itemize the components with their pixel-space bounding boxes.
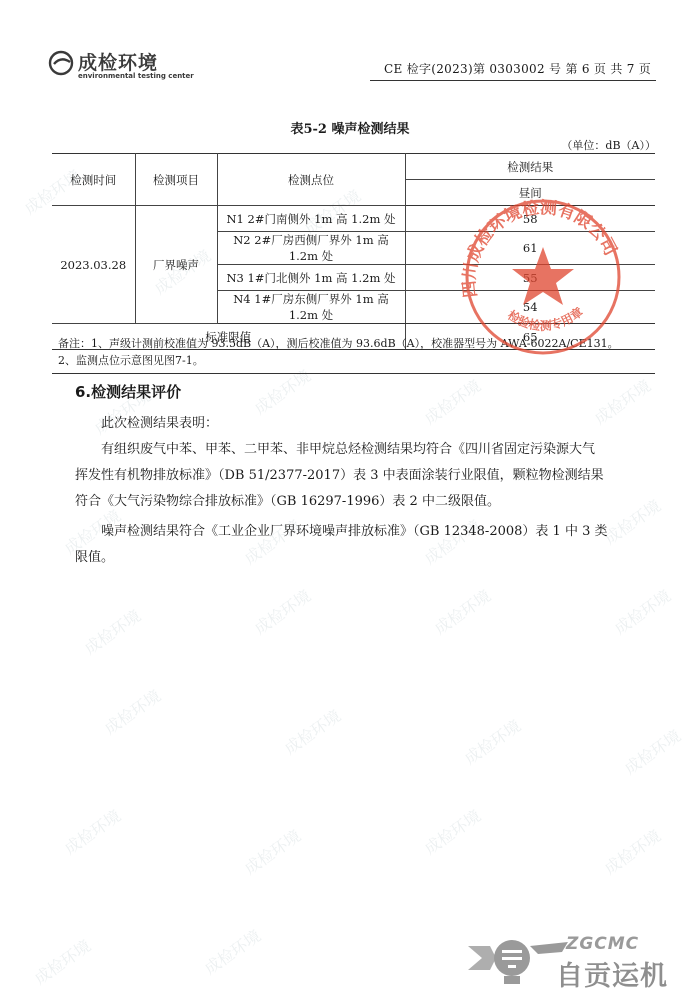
logo-text-cn: 成检环境 <box>78 48 158 75</box>
company-logo: 成检环境 environmental testing center <box>48 48 198 84</box>
watermark: 成检环境 <box>99 684 165 740</box>
document-number: CE 检字(2023)第 0303002 号 第 6 页 共 7 页 <box>384 60 651 77</box>
cell-item: 厂界噪声 <box>135 206 217 324</box>
watermark: 成检环境 <box>59 804 125 860</box>
cell-value: 54 <box>405 291 655 324</box>
watermark: 成检环境 <box>29 934 95 990</box>
cell-value: 61 <box>405 232 655 265</box>
watermark: 成检环境 <box>599 824 665 880</box>
watermark: 成检环境 <box>609 584 675 640</box>
watermark: 成检环境 <box>239 824 305 880</box>
watermark: 成检环境 <box>619 724 685 780</box>
logo-text-en: environmental testing center <box>78 72 194 80</box>
footer-brand-logo: ZGCMC 自贡运机 <box>468 932 698 990</box>
watermark: 成检环境 <box>199 924 265 980</box>
brand-en: ZGCMC <box>566 934 639 954</box>
header-divider <box>370 80 656 81</box>
cell-date: 2023.03.28 <box>52 206 135 324</box>
cell-value: 58 <box>405 206 655 232</box>
note-line: 2、监测点位示意图见图7-1。 <box>58 352 655 369</box>
watermark: 成检环境 <box>459 714 525 770</box>
table-unit: （单位：dB（A）） <box>561 137 656 153</box>
table-row: 2023.03.28 厂界噪声 N1 2#门南侧外 1m 高 1.2m 处 58 <box>52 206 655 232</box>
watermark: 成检环境 <box>79 604 145 660</box>
header-daytime: 昼间 <box>405 180 655 206</box>
noise-results-table: 检测时间 检测项目 检测点位 检测结果 昼间 2023.03.28 厂界噪声 N… <box>52 153 655 350</box>
table-notes: 备注：1、声级计测前校准值为 93.5dB（A），测后校准值为 93.6dB（A… <box>52 333 655 374</box>
brand-cn: 自贡运机 <box>556 954 668 990</box>
cell-location: N4 1#厂房东侧厂界外 1m 高 1.2m 处 <box>217 291 405 324</box>
logo-e-icon <box>48 50 74 76</box>
header-item: 检测项目 <box>135 154 217 206</box>
watermark: 成检环境 <box>419 804 485 860</box>
section-title: 6.检测结果评价 <box>75 381 181 402</box>
table-title: 表5-2 噪声检测结果 <box>0 118 700 137</box>
note-line: 备注：1、声级计测前校准值为 93.5dB（A），测后校准值为 93.6dB（A… <box>58 335 655 352</box>
header-time: 检测时间 <box>52 154 135 206</box>
header-result: 检测结果 <box>405 154 655 180</box>
brand-emblem-icon <box>468 932 568 988</box>
evaluation-intro: 此次检测结果表明： <box>75 411 635 437</box>
watermark: 成检环境 <box>249 584 315 640</box>
cell-location: N3 1#门北侧外 1m 高 1.2m 处 <box>217 265 405 291</box>
header-location: 检测点位 <box>217 154 405 206</box>
cell-value: 55 <box>405 265 655 291</box>
evaluation-paragraph-2: 噪声检测结果符合《工业企业厂界环境噪声排放标准》（GB 12348-2008）表… <box>75 519 635 571</box>
cell-location: N2 2#厂房西侧厂界外 1m 高 1.2m 处 <box>217 232 405 265</box>
watermark: 成检环境 <box>429 584 495 640</box>
evaluation-paragraph-1: 有组织废气中苯、甲苯、二甲苯、非甲烷总烃检测结果均符合《四川省固定污染源大气 挥… <box>75 437 635 515</box>
cell-location: N1 2#门南侧外 1m 高 1.2m 处 <box>217 206 405 232</box>
watermark: 成检环境 <box>279 704 345 760</box>
